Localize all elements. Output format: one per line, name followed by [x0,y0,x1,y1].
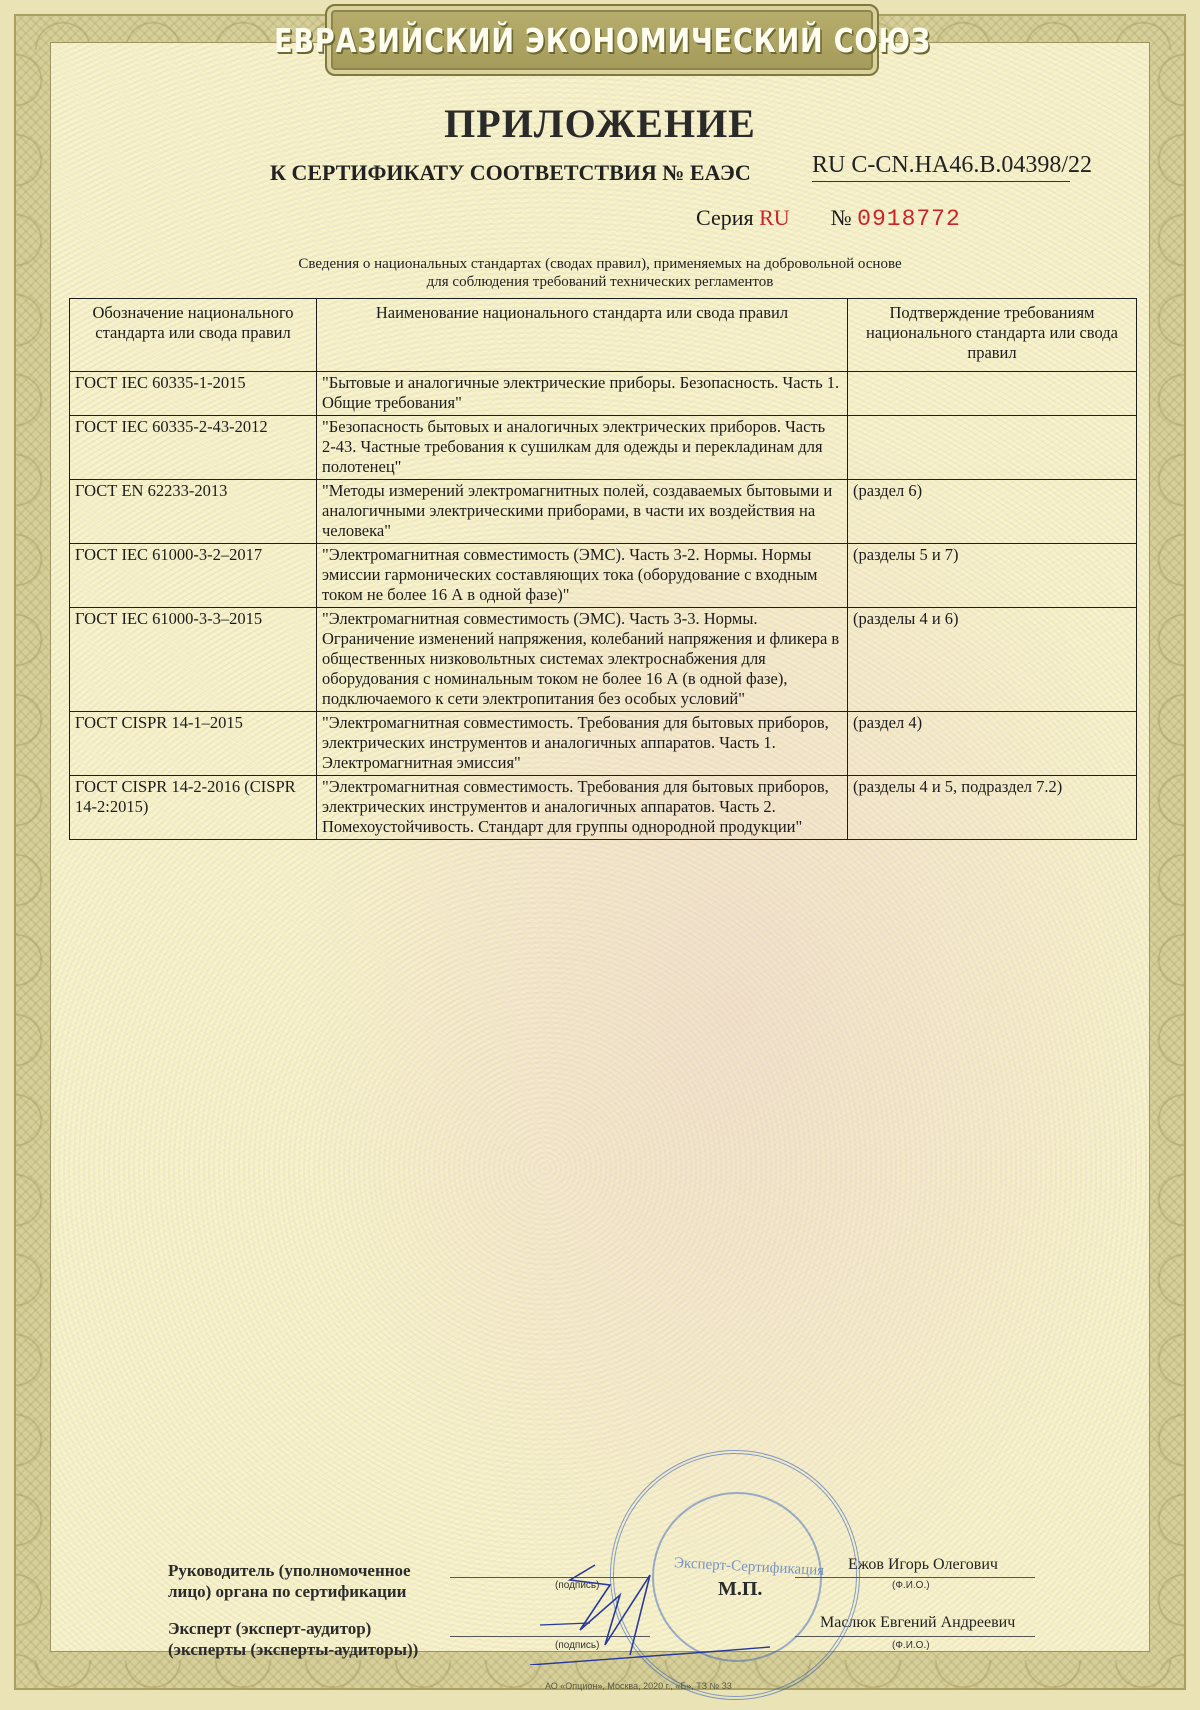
standard-code: ГОСТ IEC 60335-2-43-2012 [70,416,317,480]
table-row: ГОСТ IEC 61000-3-3–2015"Электромагнитная… [70,608,1137,712]
table-row: ГОСТ IEC 60335-2-43-2012"Безопасность бы… [70,416,1137,480]
standard-code: ГОСТ CISPR 14-1–2015 [70,712,317,776]
standards-table: Обозначение национального стандарта или … [69,298,1137,840]
standard-name: "Электромагнитная совместимость (ЭМС). Ч… [317,608,848,712]
intro-text: Сведения о национальных стандартах (свод… [0,255,1200,291]
document-title: ПРИЛОЖЕНИЕ [0,100,1200,147]
table-row: ГОСТ CISPR 14-1–2015"Электромагнитная со… [70,712,1137,776]
head-label-line-1: Руководитель (уполномоченное [168,1560,411,1581]
intro-line-1: Сведения о национальных стандартах (свод… [0,255,1200,273]
union-name: ЕВРАЗИЙСКИЙ ЭКОНОМИЧЕСКИЙ СОЮЗ [274,21,931,60]
confirmation-sections: (раздел 6) [848,480,1137,544]
standard-code: ГОСТ CISPR 14-2-2016 (CISPR 14-2:2015) [70,776,317,840]
standard-name: "Методы измерений электромагнитных полей… [317,480,848,544]
head-name: Ежов Игорь Олегович [848,1556,998,1574]
series-line: Серия RU № 0918772 [696,205,961,232]
series-label: Серия [696,205,754,230]
form-number: 0918772 [857,206,961,232]
header-confirmation: Подтверждение требованиям национального … [848,299,1137,372]
table-row: ГОСТ IEC 60335-1-2015"Бытовые и аналогич… [70,372,1137,416]
union-banner: ЕВРАЗИЙСКИЙ ЭКОНОМИЧЕСКИЙ СОЮЗ [325,4,879,76]
confirmation-sections: (разделы 4 и 5, подраздел 7.2) [848,776,1137,840]
confirmation-sections [848,416,1137,480]
printer-imprint: АО «Опцион», Москва, 2020 г., «Б», ТЗ № … [545,1681,732,1691]
head-label-line-2: лицо) органа по сертификации [168,1581,411,1602]
standard-code: ГОСТ EN 62233-2013 [70,480,317,544]
expert-label-line-2: (эксперты (эксперты-аудиторы)) [168,1639,418,1660]
confirmation-sections: (раздел 4) [848,712,1137,776]
header-code: Обозначение национального стандарта или … [70,299,317,372]
table-row: ГОСТ CISPR 14-2-2016 (CISPR 14-2:2015)"Э… [70,776,1137,840]
standard-name: "Электромагнитная совместимость. Требова… [317,776,848,840]
intro-line-2: для соблюдения требований технических ре… [0,273,1200,291]
standard-code: ГОСТ IEC 61000-3-3–2015 [70,608,317,712]
certificate-prefix: К СЕРТИФИКАТУ СООТВЕТСТВИЯ № ЕАЭС [270,160,751,186]
head-label: Руководитель (уполномоченное лицо) орган… [168,1560,411,1602]
table-row: ГОСТ IEC 61000-3-2–2017"Электромагнитная… [70,544,1137,608]
standard-name: "Электромагнитная совместимость (ЭМС). Ч… [317,544,848,608]
number-label: № [831,205,852,230]
confirmation-sections: (разделы 5 и 7) [848,544,1137,608]
table-row: ГОСТ EN 62233-2013"Методы измерений элек… [70,480,1137,544]
standard-name: "Электромагнитная совместимость. Требова… [317,712,848,776]
standard-name: "Безопасность бытовых и аналогичных элек… [317,416,848,480]
handwritten-signature [500,1555,780,1665]
expert-label: Эксперт (эксперт-аудитор) (эксперты (экс… [168,1618,418,1660]
expert-name-caption: (Ф.И.О.) [892,1640,930,1651]
standard-code: ГОСТ IEC 61000-3-2–2017 [70,544,317,608]
head-name-caption: (Ф.И.О.) [892,1580,930,1591]
confirmation-sections: (разделы 4 и 6) [848,608,1137,712]
standard-name: "Бытовые и аналогичные электрические при… [317,372,848,416]
header-name: Наименование национального стандарта или… [317,299,848,372]
table-header-row: Обозначение национального стандарта или … [70,299,1137,372]
certificate-number: RU C-CN.HA46.B.04398/22 [812,152,1070,182]
expert-label-line-1: Эксперт (эксперт-аудитор) [168,1618,418,1639]
series-value: RU [759,205,790,230]
standard-code: ГОСТ IEC 60335-1-2015 [70,372,317,416]
confirmation-sections [848,372,1137,416]
